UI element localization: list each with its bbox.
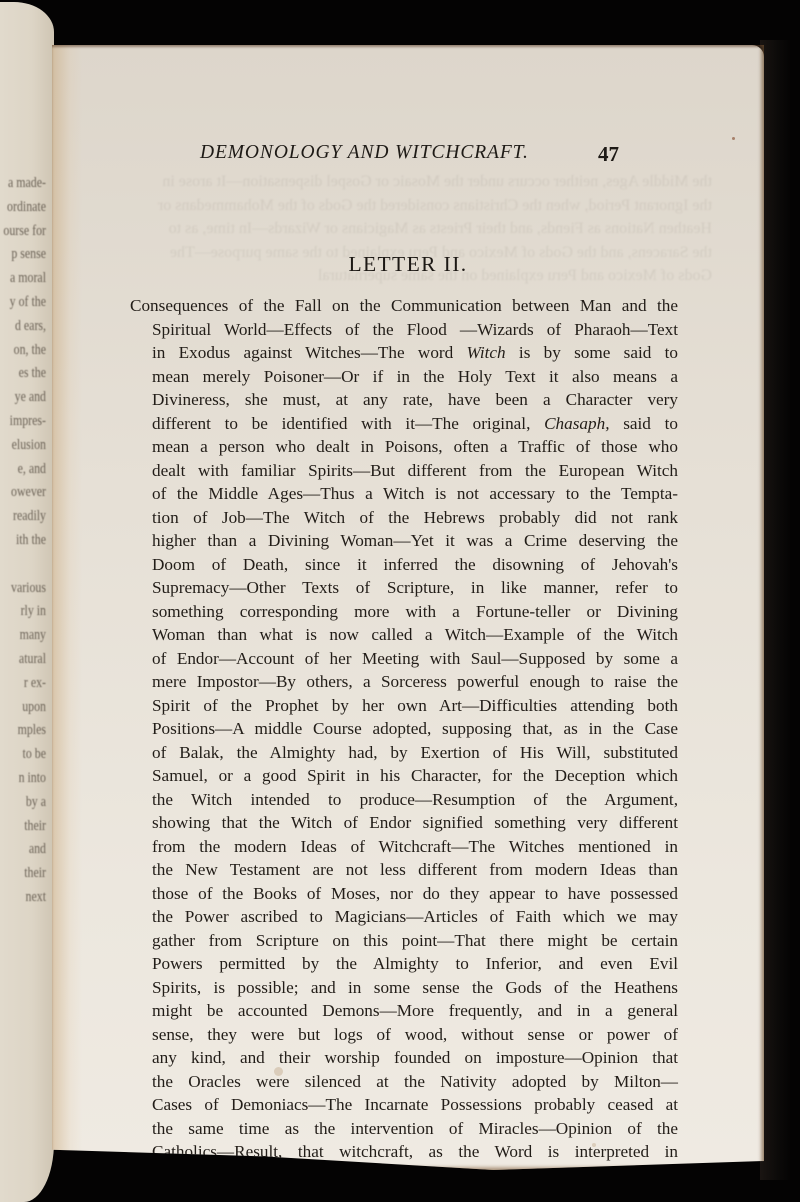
- left-page-fragment: by a: [0, 791, 46, 815]
- synopsis-line: sense, they were but logs of wood, witho…: [130, 1023, 678, 1047]
- synopsis-line: different to be identified with it—The o…: [130, 412, 678, 436]
- left-page-fragment: y of the: [0, 291, 46, 315]
- left-page-fragment: upon: [0, 696, 46, 720]
- synopsis-line: Consequences of the Fall on the Communic…: [130, 294, 678, 318]
- synopsis-line: dealt with familiar Spirits—But differen…: [130, 459, 678, 483]
- chapter-synopsis: Consequences of the Fall on the Communic…: [130, 294, 678, 1164]
- synopsis-line: Cases of Demoniacs—The Incarnate Possess…: [130, 1093, 678, 1117]
- chapter-title: LETTER II.: [52, 252, 764, 277]
- synopsis-line: Positions—A middle Course adopted, suppo…: [130, 717, 678, 741]
- synopsis-line: mere Impostor—By others, a Sorceress pow…: [130, 670, 678, 694]
- book-photo: a made-ordinateourse forp sensea moraly …: [0, 0, 800, 1202]
- left-page-fragment: a moral: [0, 267, 46, 291]
- left-page-fragment: r ex-: [0, 672, 46, 696]
- left-page-text-fragments: a made-ordinateourse forp sensea moraly …: [0, 172, 46, 910]
- synopsis-line: Powers permitted by the Almighty to Infe…: [130, 952, 678, 976]
- left-page-fragment: on, the: [0, 339, 46, 363]
- synopsis-line: the New Testament are not less different…: [130, 858, 678, 882]
- left-page-fragment: elusion: [0, 434, 46, 458]
- left-page-fragment: es the: [0, 362, 46, 386]
- left-page-fragment: rly in: [0, 600, 46, 624]
- foxing-spot: [592, 1143, 596, 1147]
- synopsis-line: Samuel, or a good Spirit in his Characte…: [130, 764, 678, 788]
- left-page-fragment: e, and: [0, 458, 46, 482]
- left-page-fragment: to be: [0, 743, 46, 767]
- left-page-fragment: [0, 553, 46, 577]
- left-page-fragment: d ears,: [0, 315, 46, 339]
- left-page-fragment: n into: [0, 767, 46, 791]
- synopsis-line: any kind, and their worship founded on i…: [130, 1046, 678, 1070]
- synopsis-line: the Power ascribed to Magicians—Articles…: [130, 905, 678, 929]
- synopsis-line: Supremacy—Other Texts of Scripture, in l…: [130, 576, 678, 600]
- synopsis-line: the Witch intended to produce—Resumption…: [130, 788, 678, 812]
- synopsis-line: Divineress, she must, at any rate, have …: [130, 388, 678, 412]
- left-page-fragment: their: [0, 862, 46, 886]
- left-page-fragment: next: [0, 886, 46, 910]
- left-page-fragment: ordinate: [0, 196, 46, 220]
- left-page-fragment: p sense: [0, 243, 46, 267]
- synopsis-line: gather from Scripture on this point—That…: [130, 929, 678, 953]
- synopsis-line: from the modern Ideas of Witchcraft—The …: [130, 835, 678, 859]
- foxing-spot: [274, 1067, 283, 1076]
- foxing-spot: [732, 137, 735, 140]
- left-page-fragment: impres-: [0, 410, 46, 434]
- synopsis-line: the same time as the intervention of Mir…: [130, 1117, 678, 1141]
- left-page-fragment: atural: [0, 648, 46, 672]
- synopsis-line: of the Middle Ages—Thus a Witch is not a…: [130, 482, 678, 506]
- left-page-fragment: readily: [0, 505, 46, 529]
- synopsis-line: those of the Books of Moses, nor do they…: [130, 882, 678, 906]
- left-page-fragment: and: [0, 838, 46, 862]
- synopsis-line: tion of Job—The Witch of the Hebrews pro…: [130, 506, 678, 530]
- left-page-fragment: mples: [0, 719, 46, 743]
- synopsis-line: of Endor—Account of her Meeting with Sau…: [130, 647, 678, 671]
- running-head: DEMONOLOGY AND WITCHCRAFT.: [200, 142, 580, 164]
- left-facing-page: a made-ordinateourse forp sensea moraly …: [0, 2, 54, 1202]
- right-page: the Middle Ages, neither occurs under th…: [52, 45, 764, 1170]
- synopsis-line: in Exodus against Witches—The word Witch…: [130, 341, 678, 365]
- left-page-fragment: owever: [0, 481, 46, 505]
- left-page-fragment: ourse for: [0, 220, 46, 244]
- left-page-fragment: ye and: [0, 386, 46, 410]
- synopsis-line: Spirit of the Prophet by her own Art—Dif…: [130, 694, 678, 718]
- synopsis-line: showing that the Witch of Endor signifie…: [130, 811, 678, 835]
- left-page-fragment: ith the: [0, 529, 46, 553]
- synopsis-line: the Oracles were silenced at the Nativit…: [130, 1070, 678, 1094]
- synopsis-line: Spirits, is possible; and in some sense …: [130, 976, 678, 1000]
- left-page-fragment: many: [0, 624, 46, 648]
- book-cover-edge: [760, 40, 790, 1180]
- synopsis-line: of Balak, the Almighty had, by Exertion …: [130, 741, 678, 765]
- synopsis-line: something corresponding more with a Fort…: [130, 600, 678, 624]
- left-page-fragment: a made-: [0, 172, 46, 196]
- left-page-fragment: their: [0, 815, 46, 839]
- synopsis-line: higher than a Divining Woman—Yet it was …: [130, 529, 678, 553]
- synopsis-line: Woman than what is now called a Witch—Ex…: [130, 623, 678, 647]
- synopsis-line: Doom of Death, since it inferred the dis…: [130, 553, 678, 577]
- synopsis-line: might be accounted Demons—More frequentl…: [130, 999, 678, 1023]
- synopsis-line: Spiritual World—Effects of the Flood —Wi…: [130, 318, 678, 342]
- page-number: 47: [598, 142, 619, 167]
- left-page-fragment: various: [0, 577, 46, 601]
- synopsis-line: mean merely Poisoner—Or if in the Holy T…: [130, 365, 678, 389]
- synopsis-line: mean a person who dealt in Poisons, ofte…: [130, 435, 678, 459]
